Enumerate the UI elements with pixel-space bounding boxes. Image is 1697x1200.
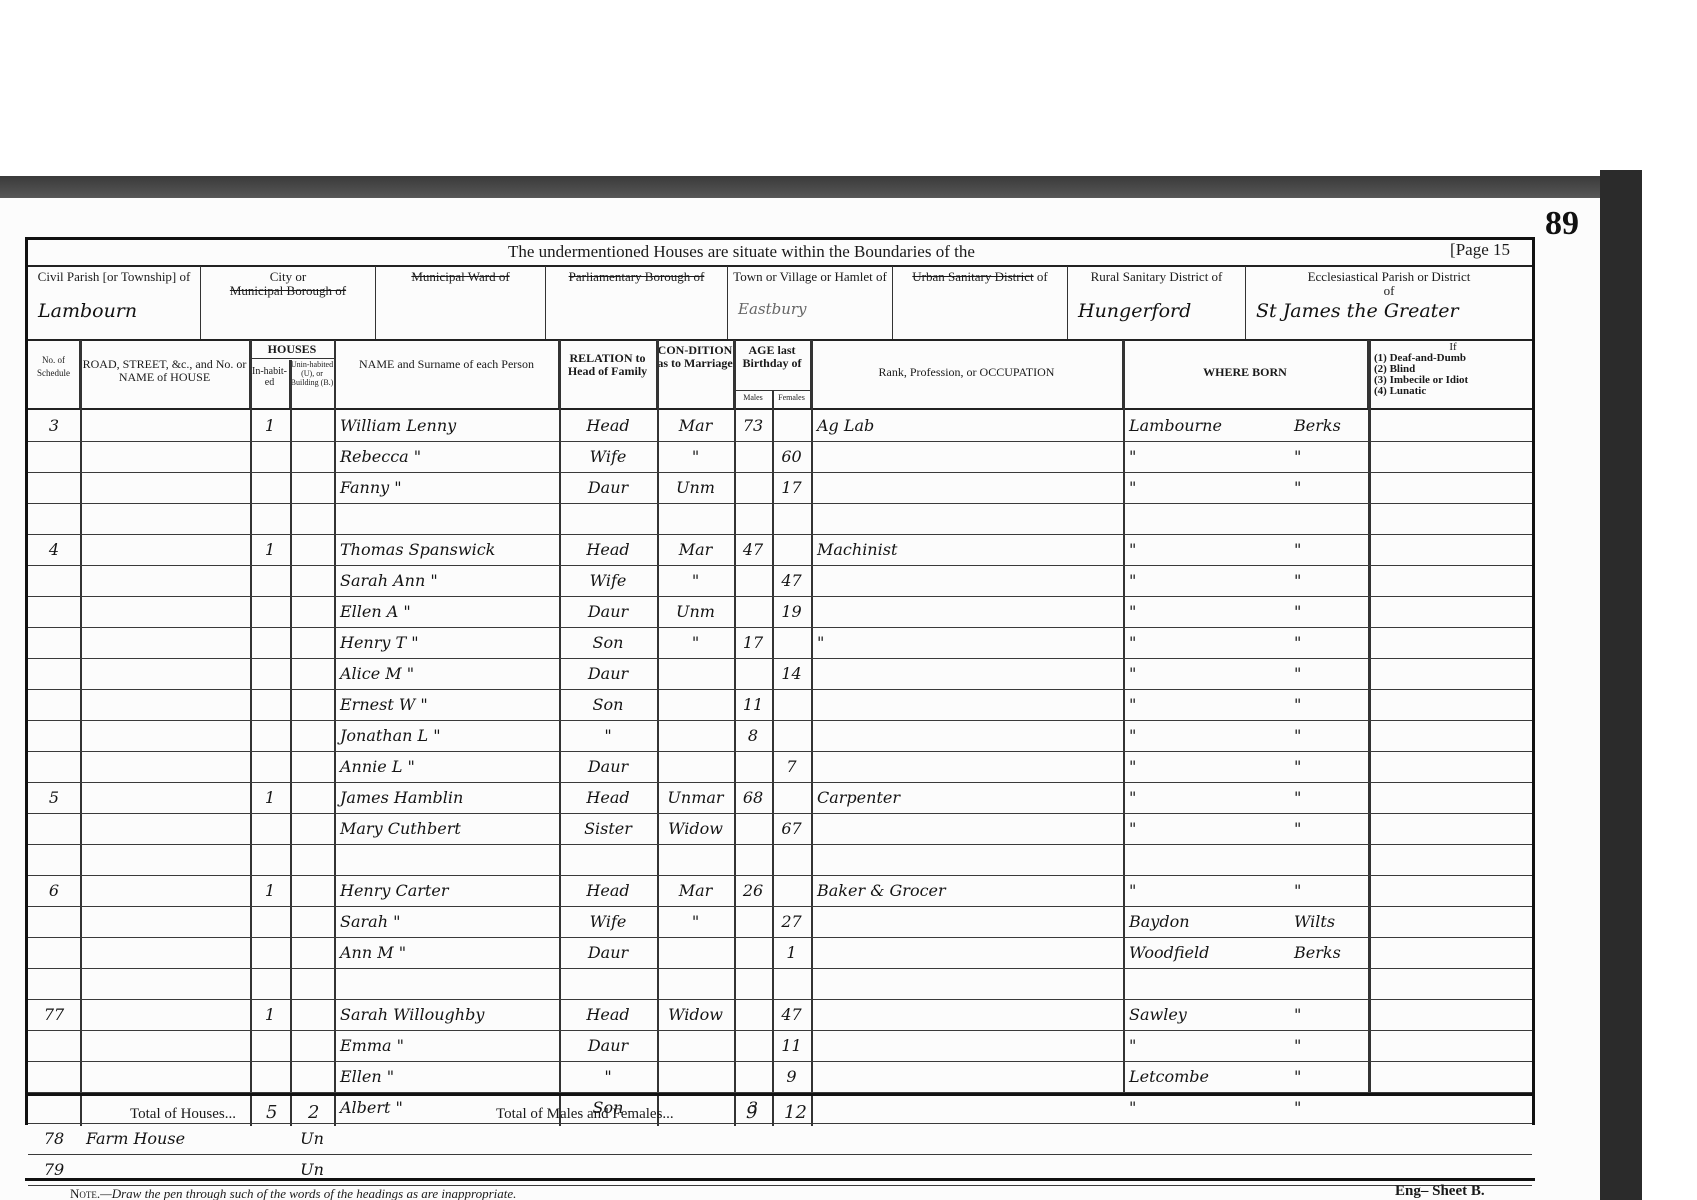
born-place-cell: " (1123, 534, 1288, 565)
uninhabited-cell (290, 782, 334, 813)
area-label-suffix: of (1037, 269, 1048, 284)
uninhabited-cell (290, 968, 334, 999)
name-cell: Ernest W " (334, 689, 559, 720)
road-cell (80, 503, 250, 534)
occupation-cell (811, 596, 1123, 627)
road-cell (80, 534, 250, 565)
header-relation: RELATION to Head of Family (559, 340, 657, 408)
road-cell (80, 565, 250, 596)
born-place-cell: " (1123, 627, 1288, 658)
female-age-cell: 47 (772, 999, 811, 1030)
infirmity-cell (1368, 627, 1532, 658)
occupation-cell (811, 844, 1123, 875)
schedule-cell (28, 689, 80, 720)
female-age-cell: 1 (772, 937, 811, 968)
male-age-cell (734, 1030, 772, 1061)
born-place-cell: " (1123, 813, 1288, 844)
born-county-cell: " (1288, 875, 1368, 906)
table-row (28, 503, 1532, 535)
relation-cell: Wife (559, 441, 657, 472)
area-civil-parish: Civil Parish [or Township] of Lambourn (28, 266, 201, 339)
infirmity-cell (1368, 751, 1532, 782)
schedule-cell (28, 1030, 80, 1061)
born-county-cell: " (1288, 720, 1368, 751)
condition-cell: " (657, 565, 734, 596)
relation-cell: Head (559, 875, 657, 906)
born-county-cell (1288, 844, 1368, 875)
road-cell (80, 751, 250, 782)
table-row: 31William LennyHeadMar73Ag LabLambourneB… (28, 410, 1532, 442)
table-row: Ann M "Daur1WoodfieldBerks (28, 937, 1532, 969)
header-houses: HOUSES (250, 340, 334, 359)
inhabited-cell (250, 472, 290, 503)
name-cell (334, 503, 559, 534)
relation-cell: Sister (559, 813, 657, 844)
name-cell: Annie L " (334, 751, 559, 782)
occupation-cell (811, 1061, 1123, 1092)
total-persons-label: Total of Males and Females... (496, 1106, 674, 1123)
infirmity-cell (1368, 844, 1532, 875)
condition-cell (657, 503, 734, 534)
total-houses-label: Total of Houses... (130, 1106, 236, 1123)
female-age-cell (772, 534, 811, 565)
male-age-cell (734, 751, 772, 782)
road-cell (80, 968, 250, 999)
form-bottom-rule (25, 1178, 1535, 1181)
condition-cell: Mar (657, 534, 734, 565)
footer-note: Note.—Draw the pen through such of the w… (70, 1186, 516, 1200)
relation-cell: Daur (559, 472, 657, 503)
uninhabited-cell (290, 937, 334, 968)
infirmity-cell (1368, 534, 1532, 565)
header-inhabited: In-habit-ed (250, 360, 290, 408)
schedule-cell (28, 565, 80, 596)
born-place-cell: " (1123, 596, 1288, 627)
male-age-cell (734, 844, 772, 875)
infirmity-option: (4) Lunatic (1374, 386, 1532, 397)
male-age-cell: 47 (734, 534, 772, 565)
road-cell (80, 410, 250, 441)
uninhabited-cell (290, 1061, 334, 1092)
schedule-cell (28, 1061, 80, 1092)
uninhabited-cell (290, 441, 334, 472)
infirmity-cell (1368, 658, 1532, 689)
born-place-cell: Woodfield (1123, 937, 1288, 968)
relation-cell: Head (559, 534, 657, 565)
born-county-cell: " (1288, 534, 1368, 565)
table-row: Emma "Daur11"" (28, 1030, 1532, 1062)
born-county-cell: " (1288, 1061, 1368, 1092)
inhabited-cell (250, 751, 290, 782)
inhabited-cell (250, 844, 290, 875)
female-age-cell: 11 (772, 1030, 811, 1061)
table-row: Annie L "Daur7"" (28, 751, 1532, 783)
header-houses-group: HOUSES In-habit-ed Unin-habited (U), or … (250, 340, 334, 408)
infirmity-cell (1368, 410, 1532, 441)
table-row: Sarah Ann "Wife"47"" (28, 565, 1532, 597)
header-occupation: Rank, Profession, or OCCUPATION (811, 340, 1123, 408)
born-place-cell: " (1123, 689, 1288, 720)
inhabited-cell (250, 1061, 290, 1092)
note-text: —Draw the pen through such of the words … (100, 1186, 516, 1200)
occupation-cell (811, 813, 1123, 844)
female-age-cell (772, 503, 811, 534)
area-label-struck: Parliamentary Borough of (546, 266, 727, 284)
inhabited-cell (250, 968, 290, 999)
occupation-cell: Machinist (811, 534, 1123, 565)
name-cell: Ann M " (334, 937, 559, 968)
relation-cell: Daur (559, 658, 657, 689)
female-age-cell (772, 720, 811, 751)
infirmity-cell (1368, 565, 1532, 596)
condition-cell: Unm (657, 596, 734, 627)
inhabited-cell (250, 627, 290, 658)
female-age-cell (772, 968, 811, 999)
name-cell: Ellen A " (334, 596, 559, 627)
name-cell: William Lenny (334, 410, 559, 441)
infirmity-cell (1368, 999, 1532, 1030)
female-age-cell (772, 410, 811, 441)
relation-cell (559, 844, 657, 875)
area-label: Urban Sanitary District of (893, 266, 1067, 284)
table-row: Mary CuthbertSisterWidow67"" (28, 813, 1532, 845)
male-age-cell (734, 596, 772, 627)
condition-cell (657, 1061, 734, 1092)
born-county-cell: " (1288, 658, 1368, 689)
occupation-cell: Ag Lab (811, 410, 1123, 441)
schedule-cell (28, 503, 80, 534)
inhabited-cell: 1 (250, 999, 290, 1030)
relation-cell: Daur (559, 596, 657, 627)
infirmity-cell (1368, 1030, 1532, 1061)
inhabited-cell: 1 (250, 875, 290, 906)
occupation-cell (811, 906, 1123, 937)
area-label: Civil Parish [or Township] of (28, 266, 200, 284)
folio-number: 89 (1545, 205, 1579, 243)
header-where-born: WHERE BORN (1123, 340, 1368, 408)
table-row: Fanny "DaurUnm17"" (28, 472, 1532, 504)
schedule-cell (28, 751, 80, 782)
name-cell: Ellen " (334, 1061, 559, 1092)
born-county-cell: " (1288, 751, 1368, 782)
name-cell: Alice M " (334, 658, 559, 689)
female-age-cell: 67 (772, 813, 811, 844)
area-value: Hungerford (1078, 300, 1235, 322)
born-place-cell: Letcombe (1123, 1061, 1288, 1092)
born-place-cell: Lambourne (1123, 410, 1288, 441)
born-place-cell: " (1123, 875, 1288, 906)
born-place-cell: " (1123, 751, 1288, 782)
born-place-cell: " (1123, 565, 1288, 596)
total-uninhabited: 2 (308, 1102, 319, 1123)
area-value: St James the Greater (1256, 300, 1522, 322)
total-males: 9 (746, 1102, 757, 1123)
occupation-cell (811, 968, 1123, 999)
name-cell: Emma " (334, 1030, 559, 1061)
inhabited-cell (250, 658, 290, 689)
schedule-cell (28, 627, 80, 658)
born-place-cell (1123, 503, 1288, 534)
occupation-cell (811, 1030, 1123, 1061)
table-row: Sarah "Wife"27BaydonWilts (28, 906, 1532, 938)
road-cell (80, 596, 250, 627)
uninhabited-cell (290, 1030, 334, 1061)
occupation-cell (811, 503, 1123, 534)
name-cell: Sarah Willoughby (334, 999, 559, 1030)
male-age-cell (734, 472, 772, 503)
inhabited-cell (250, 906, 290, 937)
schedule-cell (28, 937, 80, 968)
book-spine-shadow (1600, 170, 1642, 1200)
area-urban-sanitary: Urban Sanitary District of (893, 266, 1068, 339)
name-cell: Sarah Ann " (334, 565, 559, 596)
schedule-cell: 3 (28, 410, 80, 441)
inhabited-cell (250, 565, 290, 596)
condition-cell: " (657, 627, 734, 658)
uninhabited-cell (290, 875, 334, 906)
female-age-cell: 17 (772, 472, 811, 503)
born-place-cell: " (1123, 441, 1288, 472)
born-county-cell: Berks (1288, 410, 1368, 441)
uninhabited-cell (290, 503, 334, 534)
female-age-cell: 7 (772, 751, 811, 782)
table-row: Ellen A "DaurUnm19"" (28, 596, 1532, 628)
born-county-cell (1288, 503, 1368, 534)
born-place-cell: " (1123, 720, 1288, 751)
male-age-cell (734, 441, 772, 472)
condition-cell: Unmar (657, 782, 734, 813)
condition-cell: Widow (657, 999, 734, 1030)
inhabited-cell (250, 813, 290, 844)
relation-cell: Head (559, 782, 657, 813)
male-age-cell (734, 658, 772, 689)
schedule-cell (28, 906, 80, 937)
schedule-cell: 6 (28, 875, 80, 906)
name-cell: Jonathan L " (334, 720, 559, 751)
relation-cell (559, 503, 657, 534)
total-inhabited: 5 (266, 1102, 277, 1123)
infirmity-cell (1368, 968, 1532, 999)
born-place-cell (1123, 968, 1288, 999)
header-infirmity: If (1) Deaf-and-Dumb (2) Blind (3) Imbec… (1368, 340, 1532, 408)
name-cell: Fanny " (334, 472, 559, 503)
inhabited-cell: 1 (250, 534, 290, 565)
condition-cell: " (657, 906, 734, 937)
totals-row: Total of Houses... 5 2 Total of Males an… (28, 1093, 1532, 1131)
condition-cell (657, 751, 734, 782)
occupation-cell (811, 720, 1123, 751)
infirmity-cell (1368, 782, 1532, 813)
relation-cell: Daur (559, 751, 657, 782)
born-county-cell: " (1288, 813, 1368, 844)
condition-cell (657, 937, 734, 968)
area-label-struck: Municipal Ward of (376, 266, 545, 284)
schedule-cell (28, 596, 80, 627)
inhabited-cell (250, 689, 290, 720)
area-label: City orMunicipal Borough of (201, 266, 375, 298)
relation-cell: " (559, 1061, 657, 1092)
uninhabited-cell (290, 720, 334, 751)
relation-cell: Son (559, 627, 657, 658)
uninhabited-cell (290, 844, 334, 875)
infirmity-cell (1368, 937, 1532, 968)
name-cell: James Hamblin (334, 782, 559, 813)
road-cell (80, 782, 250, 813)
born-county-cell: Berks (1288, 937, 1368, 968)
born-county-cell: Wilts (1288, 906, 1368, 937)
condition-cell (657, 689, 734, 720)
infirmity-cell (1368, 596, 1532, 627)
uninhabited-cell (290, 534, 334, 565)
condition-cell (657, 1030, 734, 1061)
infirmity-cell (1368, 875, 1532, 906)
area-value: Lambourn (38, 300, 190, 322)
uninhabited-cell (290, 565, 334, 596)
sheet-label: Eng– Sheet B. (1395, 1183, 1485, 1200)
header-age: AGE last Birthday of (734, 340, 810, 386)
born-county-cell: " (1288, 627, 1368, 658)
schedule-cell (28, 968, 80, 999)
female-age-cell (772, 844, 811, 875)
name-cell: Henry Carter (334, 875, 559, 906)
header-uninhabited: Unin-habited (U), or Building (B.) (290, 360, 334, 408)
condition-cell (657, 844, 734, 875)
inhabited-cell (250, 503, 290, 534)
male-age-cell (734, 999, 772, 1030)
infirmity-cell (1368, 1061, 1532, 1092)
born-place-cell: " (1123, 472, 1288, 503)
road-cell (80, 658, 250, 689)
table-row: Rebecca "Wife"60"" (28, 441, 1532, 473)
road-cell (80, 906, 250, 937)
male-age-cell: 26 (734, 875, 772, 906)
condition-cell (657, 658, 734, 689)
table-row: 51James HamblinHeadUnmar68Carpenter"" (28, 782, 1532, 814)
born-county-cell: " (1288, 565, 1368, 596)
born-county-cell (1288, 968, 1368, 999)
born-place-cell: Sawley (1123, 999, 1288, 1030)
road-cell (80, 720, 250, 751)
page-label: [Page 15 (1450, 240, 1510, 260)
road-cell (80, 1030, 250, 1061)
table-row (28, 844, 1532, 876)
road-cell (80, 472, 250, 503)
name-cell: Rebecca " (334, 441, 559, 472)
relation-cell: Daur (559, 1030, 657, 1061)
male-age-cell (734, 813, 772, 844)
relation-cell (559, 968, 657, 999)
female-age-cell: 14 (772, 658, 811, 689)
male-age-cell: 73 (734, 410, 772, 441)
male-age-cell (734, 968, 772, 999)
relation-cell: Head (559, 410, 657, 441)
table-row: Jonathan L ""8"" (28, 720, 1532, 752)
schedule-cell (28, 720, 80, 751)
form-title-bar: The undermentioned Houses are situate wi… (28, 240, 1532, 267)
infirmity-cell (1368, 906, 1532, 937)
born-county-cell: " (1288, 1030, 1368, 1061)
total-females: 12 (784, 1102, 807, 1123)
schedule-cell: 4 (28, 534, 80, 565)
male-age-cell: 68 (734, 782, 772, 813)
road-cell (80, 875, 250, 906)
occupation-cell: Baker & Grocer (811, 875, 1123, 906)
table-row (28, 968, 1532, 1000)
area-label: Ecclesiastical Parish or District of (1246, 266, 1532, 298)
road-cell (80, 627, 250, 658)
area-municipal-borough: City orMunicipal Borough of (201, 266, 376, 339)
occupation-cell: " (811, 627, 1123, 658)
schedule-cell (28, 658, 80, 689)
occupation-cell (811, 441, 1123, 472)
name-cell: Thomas Spanswick (334, 534, 559, 565)
female-age-cell (772, 627, 811, 658)
table-row: Ernest W "Son11"" (28, 689, 1532, 721)
uninhabited-cell (290, 813, 334, 844)
boundary-areas: Civil Parish [or Township] of Lambourn C… (28, 266, 1532, 341)
condition-cell: " (657, 441, 734, 472)
born-place-cell: " (1123, 1030, 1288, 1061)
table-row: Alice M "Daur14"" (28, 658, 1532, 690)
uninhabited-cell (290, 472, 334, 503)
area-ecclesiastical-parish: Ecclesiastical Parish or District of St … (1246, 266, 1532, 339)
relation-cell: Wife (559, 565, 657, 596)
condition-cell: Mar (657, 875, 734, 906)
header-males: Males (734, 390, 773, 409)
occupation-cell (811, 472, 1123, 503)
male-age-cell (734, 565, 772, 596)
inhabited-cell (250, 937, 290, 968)
table-row: 79Un (28, 1154, 1532, 1186)
header-condition: CON-DITION as to Marriage (657, 340, 734, 408)
inhabited-cell (250, 441, 290, 472)
inhabited-cell (250, 720, 290, 751)
occupation-cell: Carpenter (811, 782, 1123, 813)
area-label-struck: Municipal Borough of (230, 283, 346, 298)
road-cell (80, 844, 250, 875)
born-place-cell: " (1123, 658, 1288, 689)
female-age-cell: 27 (772, 906, 811, 937)
born-place-cell: Baydon (1123, 906, 1288, 937)
inhabited-cell (250, 596, 290, 627)
form-title: The undermentioned Houses are situate wi… (508, 242, 975, 262)
schedule-cell (28, 844, 80, 875)
condition-cell: Widow (657, 813, 734, 844)
infirmity-cell (1368, 441, 1532, 472)
name-cell: Sarah " (334, 906, 559, 937)
condition-cell: Unm (657, 472, 734, 503)
census-form: The undermentioned Houses are situate wi… (25, 237, 1535, 1125)
relation-cell: Daur (559, 937, 657, 968)
area-label-struck: Urban Sanitary District (912, 269, 1033, 284)
male-age-cell (734, 503, 772, 534)
born-place-cell (1123, 844, 1288, 875)
area-town-village: Town or Village or Hamlet of Eastbury (728, 266, 893, 339)
born-county-cell: " (1288, 999, 1368, 1030)
female-age-cell: 47 (772, 565, 811, 596)
uninhabited-cell (290, 596, 334, 627)
female-age-cell (772, 875, 811, 906)
condition-cell (657, 720, 734, 751)
area-parliamentary-borough: Parliamentary Borough of (546, 266, 728, 339)
occupation-cell (811, 937, 1123, 968)
area-label-top: City or (270, 269, 306, 284)
area-label: Town or Village or Hamlet of (728, 266, 892, 284)
uninhabited-cell (290, 999, 334, 1030)
name-cell: Henry T " (334, 627, 559, 658)
female-age-cell: 60 (772, 441, 811, 472)
born-county-cell: " (1288, 689, 1368, 720)
